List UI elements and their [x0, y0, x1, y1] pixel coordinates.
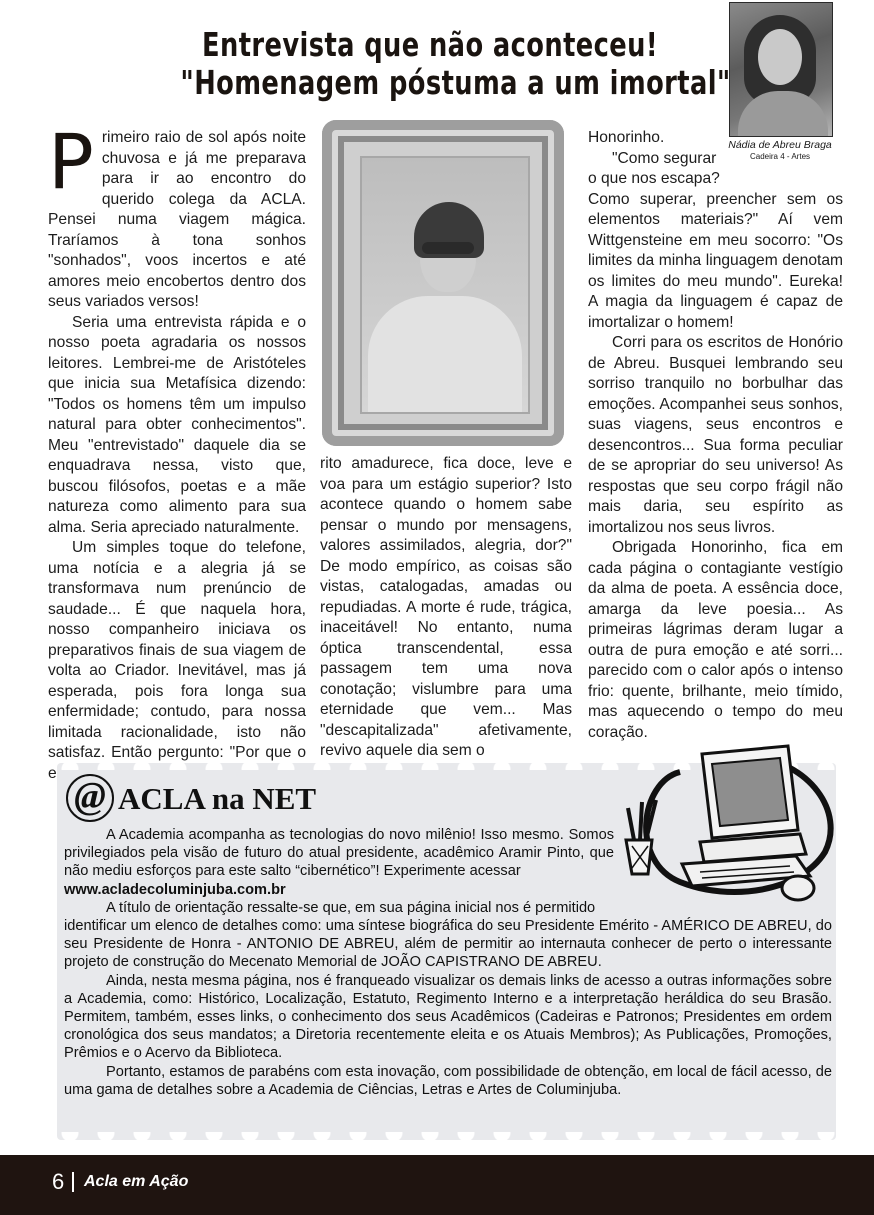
paragraph: A Academia acompanha as tecnologias do n…	[64, 826, 614, 899]
title-line-1: Entrevista que não aconteceu!	[180, 26, 679, 64]
drop-cap: P	[48, 132, 94, 194]
paragraph: A título de orientação ressalte-se que, …	[64, 899, 624, 917]
page-footer: 6 Acla em Ação	[0, 1155, 874, 1215]
memorial-portrait-frame	[322, 120, 564, 446]
box-scallop-border	[57, 1132, 836, 1146]
paragraph: Honorinho. "Como segurar o que nos escap…	[588, 128, 843, 190]
paragraph: Corri para os escritos de Honório de Abr…	[588, 333, 843, 538]
website-link[interactable]: www.acladecoluminjuba.com.br	[64, 882, 286, 898]
article-title: Entrevista que não aconteceu! "Homenagem…	[180, 26, 679, 102]
paragraph: Como superar, preencher sem os elementos…	[588, 190, 843, 334]
article-column-3: Honorinho. "Como segurar o que nos escap…	[588, 128, 843, 743]
article-column-1: Primeiro raio de sol após noite chuvosa …	[48, 128, 306, 784]
author-photo	[729, 2, 833, 137]
paragraph: Obrigada Honorinho, fica em cada página …	[588, 538, 843, 743]
paragraph: rito amadurece, fica doce, leve e voa pa…	[320, 454, 572, 762]
footer-divider	[72, 1172, 74, 1192]
paragraph: Um simples toque do telefone, uma notíci…	[48, 538, 306, 784]
paragraph: identificar um elenco de detalhes como: …	[64, 917, 832, 972]
box-body: A Academia acompanha as tecnologias do n…	[64, 826, 832, 1099]
paragraph: Primeiro raio de sol após noite chuvosa …	[48, 128, 306, 313]
publication-name: Acla em Ação	[84, 1173, 188, 1191]
box-title: ACLA na NET	[118, 781, 316, 817]
paragraph: Ainda, nesta mesma página, nos é franque…	[64, 972, 832, 1063]
paragraph: Seria uma entrevista rápida e o nosso po…	[48, 313, 306, 539]
paragraph: Portanto, estamos de parabéns com esta i…	[64, 1063, 832, 1099]
memorial-portrait-photo	[360, 156, 530, 414]
title-line-2: "Homenagem póstuma a um imortal"	[180, 64, 679, 102]
at-sign-icon: @	[66, 774, 114, 822]
page-number: 6	[52, 1169, 64, 1195]
article-column-2: rito amadurece, fica doce, leve e voa pa…	[320, 454, 572, 762]
